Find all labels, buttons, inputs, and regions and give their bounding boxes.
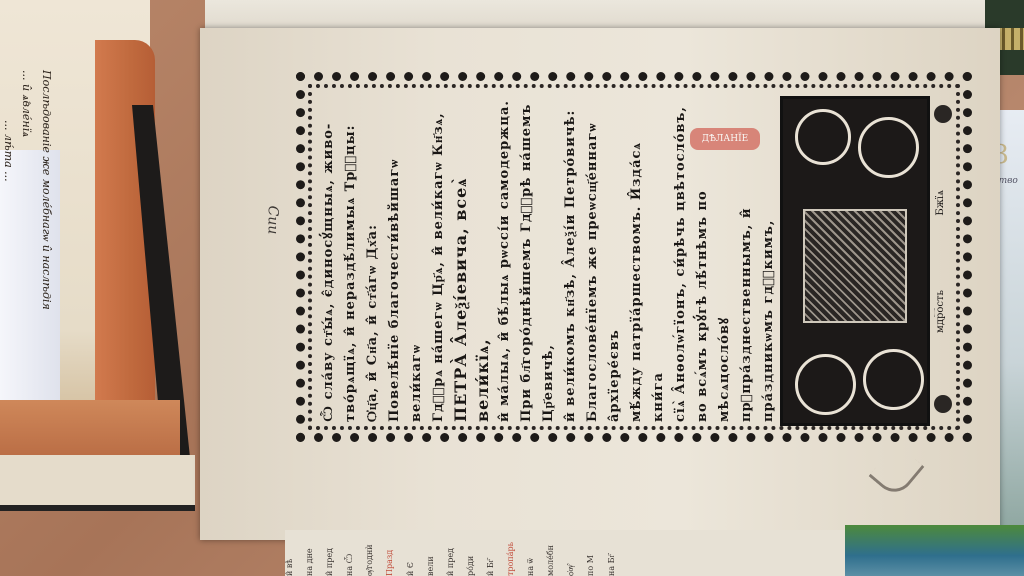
text-column: и̂ вѣ [285,530,294,576]
text-line: сїѧ̀ А̂нѳолѡ́гїонъ, си́рѣчь цвѣтосло́въ, [670,96,692,422]
woodcut-ornament [780,96,930,426]
text-line: тво́рѧщїѧ, и̂ нераздѣ́лимыѧ Трⷪ҇цы: [340,96,362,422]
text-column: и̂ Бг҃ [486,530,495,576]
text-column: на Ѽ [345,530,354,576]
text-column: вели [426,530,435,576]
text-column: моле́бн [546,530,555,576]
text-column: ѻ҆ѹ̂ [566,530,575,576]
crown-ornament [934,395,952,413]
woodcut-central-scene [803,209,907,323]
text-column: на ѿ [526,530,535,576]
rosette-ornament [795,354,856,415]
woodcut-side-label: мдр͡ость [935,290,946,333]
text-column: и̂ Є [406,530,415,576]
text-column-red: Празд [385,530,394,576]
left-open-book: Послѣдованіе же моле́бнагѡ и̂ наслѣдія .… [0,0,210,510]
text-column: ѹ̂годнѝ [365,530,374,576]
text-column-red: тропа́рь [506,530,515,576]
handwriting-line: Послѣдованіе же моле́бнагѡ и̂ наслѣдія [40,70,53,410]
text-column: и̂ пред [325,530,334,576]
text-column: на Бг҃ [607,530,616,576]
crown-ornament [934,105,952,123]
text-line: Гдⷭ҇рѧ на́шегѡ Цр҃ѧ, и̂ вели́кагѡ Кн҃зѧ, [428,96,450,422]
rosette-ornament [795,109,851,165]
text-line: Ѻ҆ц҃а, и̂ Сн҃а, и̂ ст҃а́гѡ Дх҃а: [362,96,384,422]
bottom-book-page: и̂ вѣ на дне и̂ пред на Ѽ ѹ̂годнѝ Празд … [285,530,845,576]
text-line: При бл҃горо́днѣйшемъ Гдⷭ҇рѣ на́шемъ Цр҃е… [516,96,560,422]
text-column: на дне [305,530,314,576]
illustrated-landscape-book [845,525,1024,576]
rosette-ornament [863,349,924,410]
text-line: Ѽ сла́ву ст҃ы́ѧ, є̂диносꙋ́щныѧ, живо- [318,96,340,422]
left-book-cover [0,455,195,511]
woodcut-side-label: Бжїѧ [935,190,946,216]
text-line: мѣ́жду патрїа́ршествомъ. И̂зда́сѧ кни́га [626,96,670,422]
text-line: ПЕТРА̀ А̂леѯі́евича, всеѧ̀ вели́кїѧ, [450,96,494,422]
red-rubric-stamp: ДѢЛАНЇЕ [690,128,760,150]
text-column: и̂ пред [446,530,455,576]
text-line: Повелѣ́нїе благочести́вѣйшагѡ вели́кагѡ [384,96,428,422]
text-line: и̂ вели́комъ кн҃зѣ, А̂леѯі́и Петро́вичѣ: [560,96,582,422]
text-column: по М [586,530,595,576]
margin-note: Сии [264,206,280,235]
rosette-ornament [858,117,919,178]
text-line: Благослове́нїемъ же преѡсщ҃е́ннагѡ а̂рхї… [582,96,626,422]
text-line: и̂ ма́лыѧ, и̂ бѣ́лыѧ рѡссі́и самодержца. [494,96,516,422]
text-column: ро́ди [466,530,475,576]
handwriting-line: ... и̂ ѧ̂вле́нїѧ [20,70,33,410]
handwriting-line: ... лѣ́та ... [2,120,15,420]
